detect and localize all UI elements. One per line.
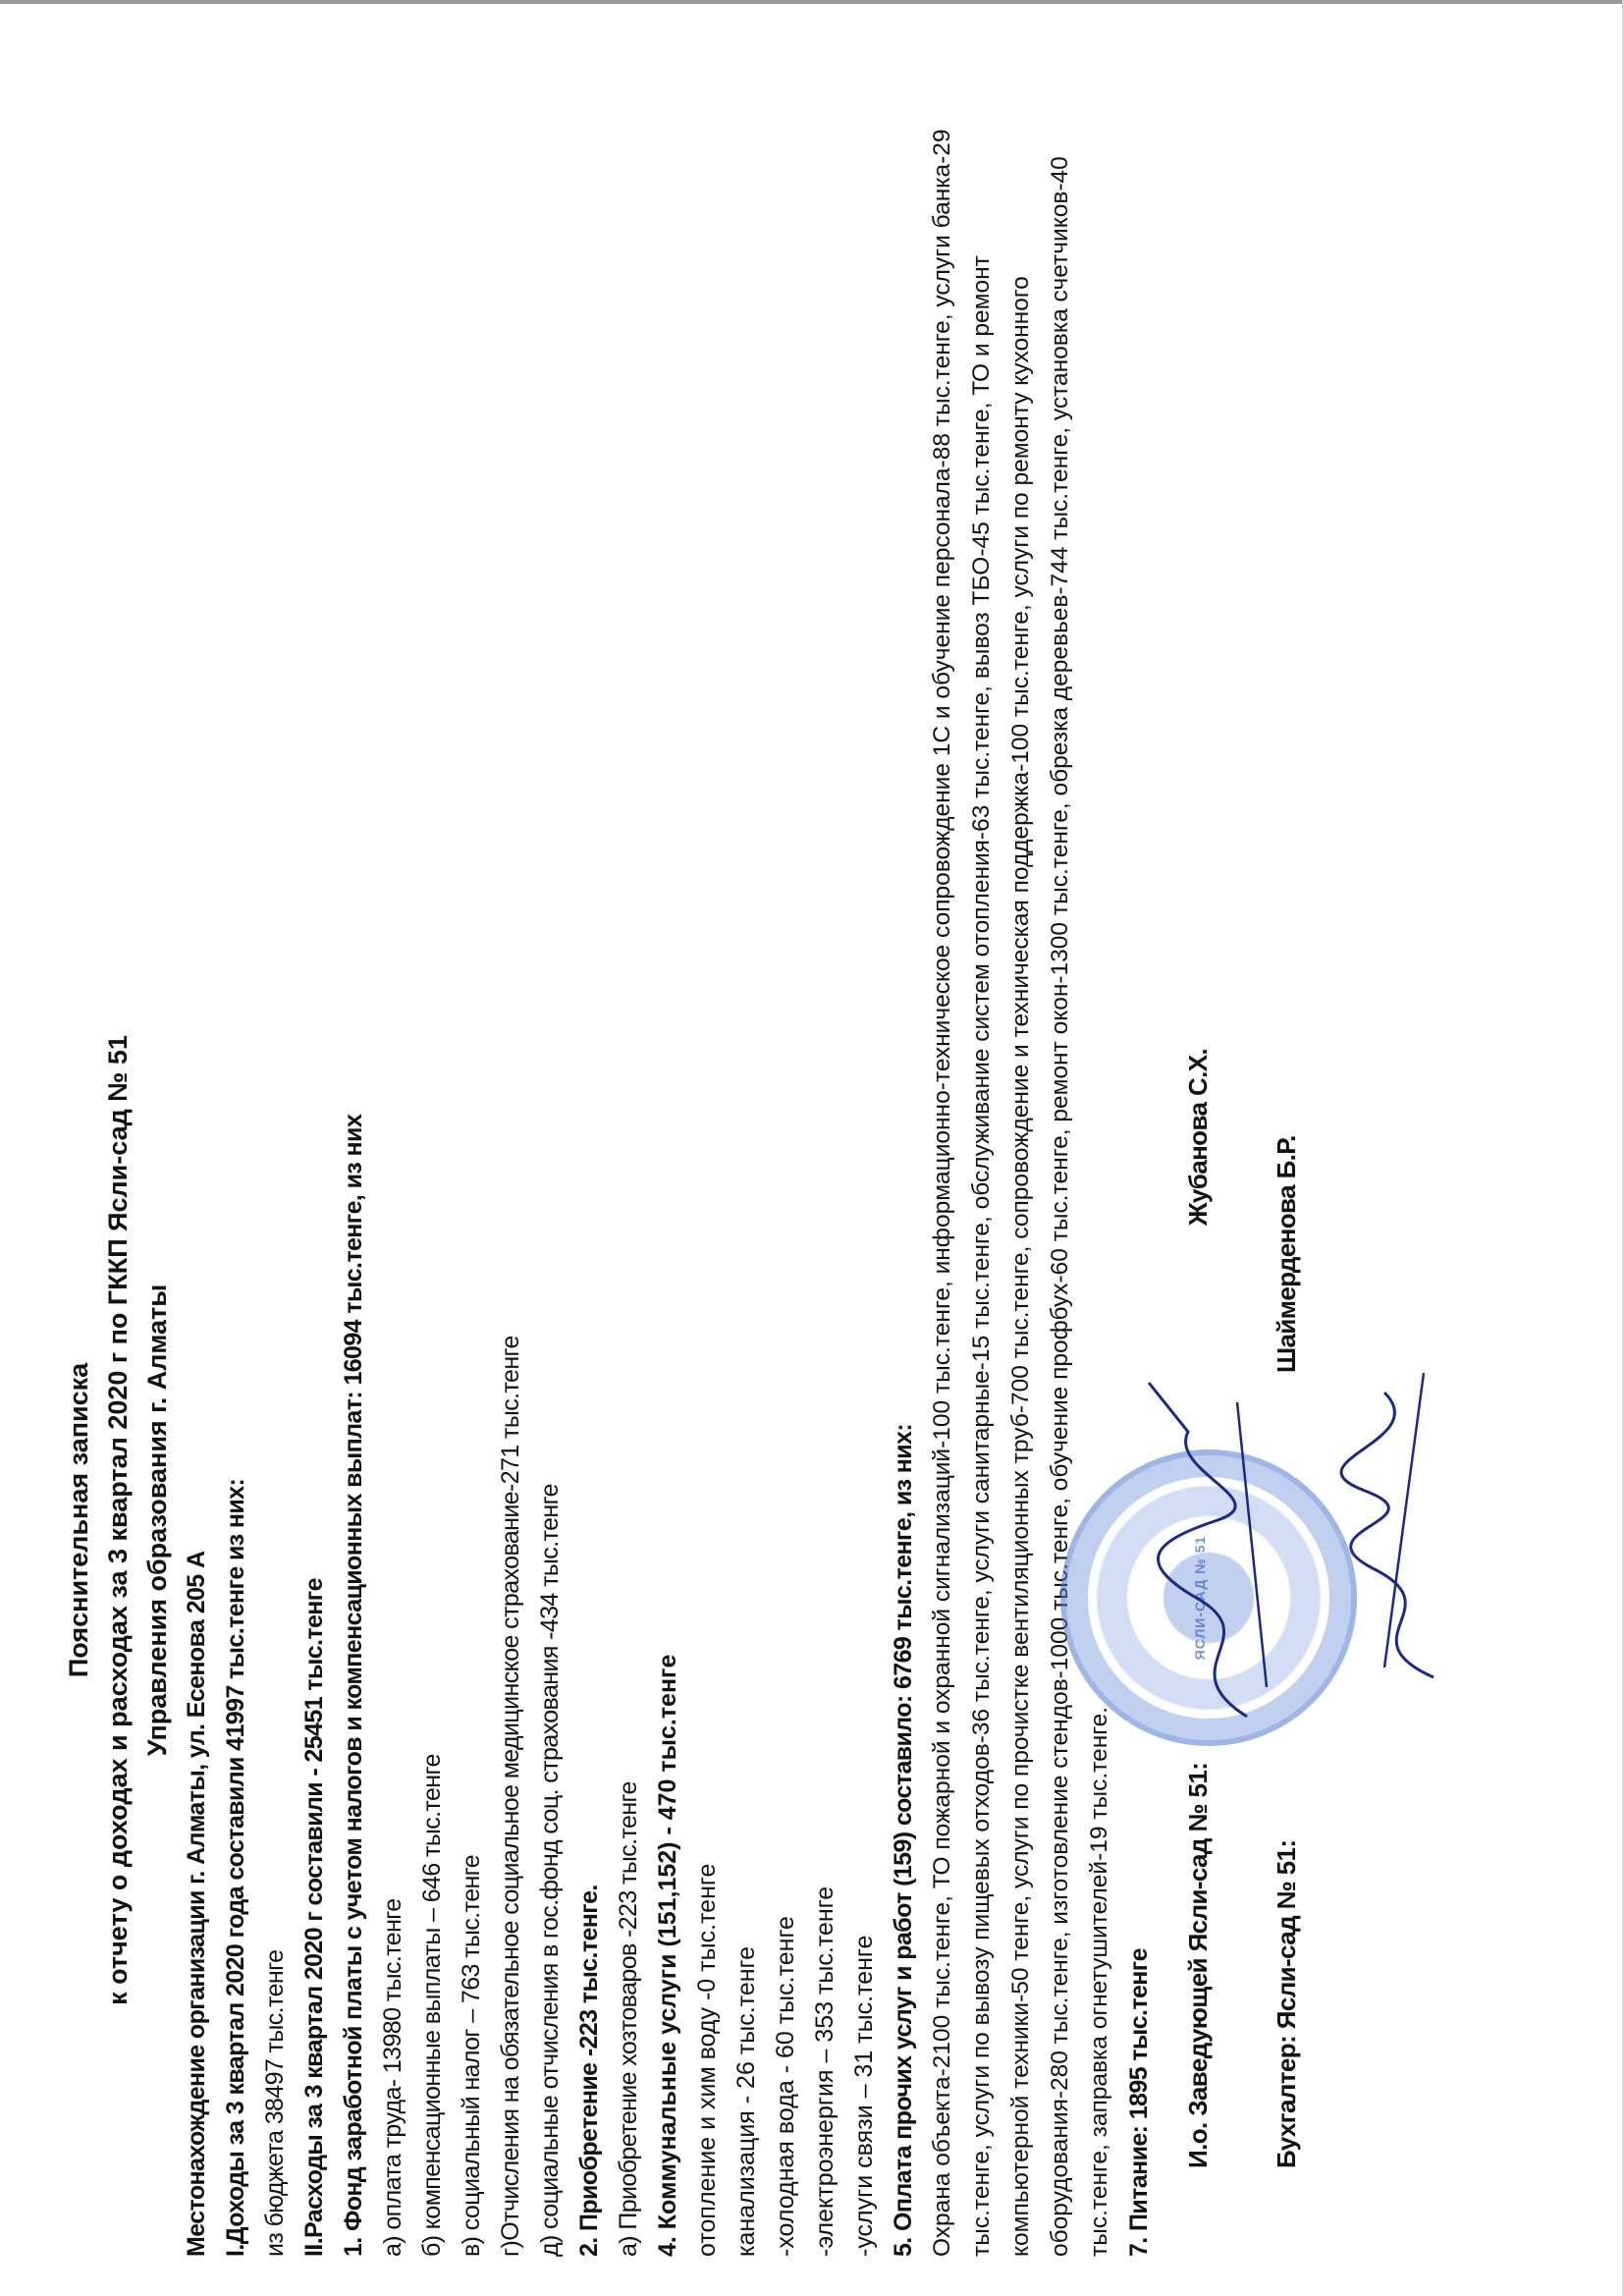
document-department: Управления образования г. Алматы xyxy=(137,784,177,2257)
payroll-item: б) компенсационные выплаты – 646 тыс.тен… xyxy=(412,37,452,2257)
utilities-item: канализация - 26 тыс.тенге xyxy=(727,37,766,2257)
other-services-details: Охрана объекта-2100 тыс.тенге, ТО пожарн… xyxy=(923,106,1119,2257)
utilities-item: -услуги связи – 31 тыс.тенге xyxy=(844,37,884,2257)
other-services-heading: 5. Оплата прочих услуг и работ (159) сос… xyxy=(884,37,923,2257)
purchase-item: а) Приобретение хозтоваров -223 тыс.тенг… xyxy=(609,37,648,2257)
document-title: Пояснительная записка xyxy=(59,784,98,2257)
utilities-item: -электроэнергия – 353 тыс.тенге xyxy=(805,37,844,2257)
accountant-signature-label: Бухгалтер: Ясли-сад № 51: xyxy=(1272,1840,1302,2168)
payroll-item: д) социальные отчисления в гос.фонд соц.… xyxy=(530,37,569,2257)
food-line: 7. Питание: 1895 тыс.тенге xyxy=(1119,37,1159,2257)
official-stamp: ЯСЛИ-САД № 51 xyxy=(1060,1449,1357,1746)
payroll-item: г)Отчисления на обязательное социальное … xyxy=(491,37,530,2257)
stamp-text: ЯСЛИ-САД № 51 xyxy=(1192,1455,1208,1740)
income-budget: из бюджета 38497 тыс.тенге xyxy=(255,37,295,2257)
head-signature-name: Жубанова С.Х. xyxy=(1183,1049,1214,1226)
payroll-heading: 1. Фонд заработной платы с учетом налого… xyxy=(334,37,373,2257)
document-page: Пояснительная записка к отчету о доходах… xyxy=(0,0,1624,2296)
expenses-heading: II.Расходы за 3 квартал 2020 г составили… xyxy=(295,37,334,2257)
payroll-item: в) социальный налог – 763 тыс.тенге xyxy=(452,37,491,2257)
payroll-item: а) оплата труда- 13980 тыс.тенге xyxy=(373,37,412,2257)
location-line: Местонахождение организации г. Алматы, у… xyxy=(177,37,216,2257)
document-body: Пояснительная записка к отчету о доходах… xyxy=(59,37,1159,2257)
utilities-item: отопление и хим воду -0 тыс.тенге xyxy=(687,37,727,2257)
document-subtitle: к отчету о доходах и расходах за 3 кварт… xyxy=(98,784,137,2257)
utilities-heading: 4. Коммунальные услуги (151,152) - 470 т… xyxy=(648,37,687,2257)
income-heading: I.Доходы за 3 квартал 2020 года составил… xyxy=(216,37,255,2257)
accountant-signature-name: Шаймерденова Б.Р. xyxy=(1272,1135,1302,1373)
purchase-heading: 2. Приобретение -223 тыс.тенге. xyxy=(569,37,609,2257)
utilities-item: -холодная вода - 60 тыс.тенге xyxy=(766,37,805,2257)
head-signature-label: И.о. Заведующей Ясли-сад № 51: xyxy=(1183,1763,1214,2168)
